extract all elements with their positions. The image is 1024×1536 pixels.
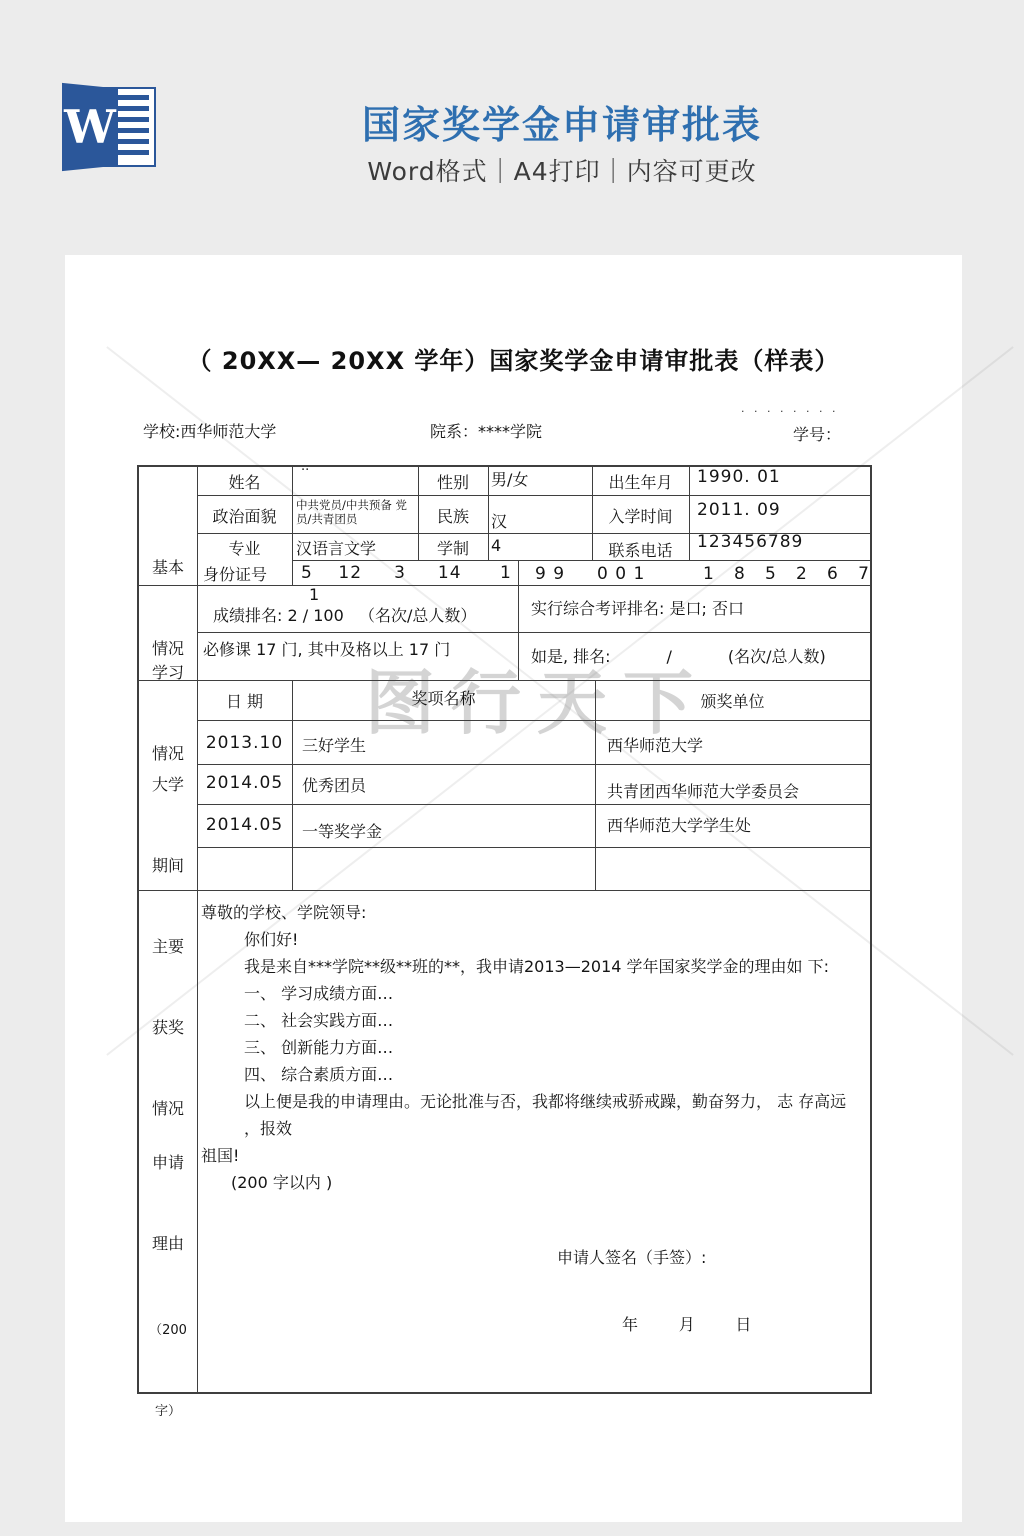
awards-header-name: 奖项名称 — [292, 686, 595, 709]
section-awards-line3: 主要 — [139, 933, 197, 960]
award-row-name: 一等奖学金 — [302, 819, 382, 842]
letter-line: 三、 创新能力方面… — [201, 1034, 861, 1061]
enroll-value: 2011. 09 — [697, 500, 781, 520]
date-line: 年 月 日 — [622, 1312, 751, 1335]
department-field: 院系：****学院 — [430, 419, 542, 442]
section-basic-line1: 基本 — [139, 554, 197, 581]
table-gridline — [292, 560, 870, 561]
ethnic-value: 汉 — [491, 509, 507, 532]
award-row-date: 2014.05 — [197, 815, 292, 835]
document-page: 图行天下 （ 20XX— 20XX 学年）国家奖学金申请审批表（样表） 学校:西… — [65, 255, 962, 1522]
table-gridline — [197, 847, 870, 848]
political-label: 政治面貌 — [197, 504, 292, 527]
award-row-org: 西华师范大学学生处 — [607, 813, 751, 836]
if-rank-line: 如是, 排名: / (名次/总人数) — [531, 644, 826, 667]
student-id-field: 学号： — [793, 422, 841, 445]
section-study-line1: 学习 — [139, 659, 197, 686]
id-card-digits-left: 5 12 3 14 1 — [301, 563, 512, 583]
section-awards-line4: 获奖 — [139, 1014, 197, 1041]
gender-value: 男/女 — [491, 467, 528, 490]
table-gridline — [197, 804, 870, 805]
major-value: 汉语言文学 — [296, 536, 376, 559]
student-id-dots: · · · · · · · · — [741, 405, 838, 418]
award-row-org: 共青团西华师范大学委员会 — [607, 779, 799, 802]
id-card-label: 身份证号 — [203, 562, 267, 585]
table-gridline — [292, 467, 293, 585]
section-application-line3: （200 — [139, 1317, 197, 1344]
section-awards-line1: 大学 — [139, 771, 197, 798]
table-gridline — [139, 890, 870, 891]
table-gridline — [197, 764, 870, 765]
award-row-date: 2014.05 — [197, 773, 292, 793]
length-label: 学制 — [418, 536, 488, 559]
word-logo-icon: W — [62, 80, 160, 174]
rank-line: 成绩排名: 2 / 100 （名次/总人数） — [213, 603, 476, 626]
gender-label: 性别 — [418, 470, 488, 493]
table-gridline — [518, 560, 519, 680]
ethnic-label: 民族 — [418, 504, 488, 527]
application-table: 基本 情况 姓名 ·· 性别 男/女 出生年月 1990. 01 政治面貌 中共… — [137, 465, 872, 1394]
award-row-date: 2013.10 — [197, 733, 292, 753]
word-logo-cover: W — [62, 80, 118, 174]
table-gridline — [197, 467, 198, 1392]
course-line: 必修课 17 门, 其中及格以上 17 门 — [203, 637, 450, 660]
awards-header-org: 颁奖单位 — [595, 689, 870, 712]
evaluation-line: 实行综合考评排名: 是口; 否口 — [531, 596, 744, 619]
section-application-line1: 申请 — [139, 1149, 197, 1176]
section-application: 申请 理由 （200 字） — [139, 1095, 197, 1479]
letter-line: 以上便是我的申请理由。无论批准与否，我都将继续戒骄戒躁，勤奋努力， 志 存高远 … — [201, 1088, 861, 1142]
letter-line: 四、 综合素质方面… — [201, 1061, 861, 1088]
table-gridline — [292, 680, 293, 890]
phone-label: 联系电话 — [592, 538, 689, 561]
award-row-name: 优秀团员 — [302, 773, 366, 796]
letter-line: 祖国! — [201, 1142, 861, 1169]
awards-header-date: 日 期 — [197, 689, 292, 712]
signature-line: 申请人签名（手签）: — [557, 1245, 706, 1268]
table-gridline — [139, 585, 870, 586]
letter-line: 二、 社会实践方面… — [201, 1007, 861, 1034]
name-label: 姓名 — [197, 470, 292, 493]
name-value: ·· — [301, 463, 309, 478]
letter-line: 我是来自***学院**级**班的**，我申请2013—2014 学年国家奖学金的… — [201, 953, 861, 980]
enroll-label: 入学时间 — [592, 504, 689, 527]
letter-line: 尊敬的学校、学院领导: — [201, 899, 861, 926]
letter-line: 你们好! — [201, 926, 861, 953]
rank-note: 1 — [309, 585, 319, 604]
section-awards-line2: 期间 — [139, 852, 197, 879]
application-letter: 尊敬的学校、学院领导: 你们好! 我是来自***学院**级**班的**，我申请2… — [201, 899, 861, 1196]
table-gridline — [197, 632, 870, 633]
id-card-digits-right: 9 9 0 0 1 1 8 5 2 6 7 — [535, 564, 870, 584]
birth-label: 出生年月 — [592, 470, 689, 493]
banner-subtitle: Word格式｜A4打印｜内容可更改 — [162, 152, 962, 188]
header-banner: W 国家奖学金申请审批表 Word格式｜A4打印｜内容可更改 — [0, 0, 1024, 255]
table-gridline — [689, 467, 690, 560]
political-value: 中共党员/中共预备 党员/共青团员 — [296, 498, 414, 526]
table-gridline — [488, 467, 489, 560]
word-logo-letter: W — [64, 100, 116, 154]
award-row-name: 三好学生 — [302, 733, 366, 756]
document-title: （ 20XX— 20XX 学年）国家奖学金申请审批表（样表） — [65, 341, 962, 376]
letter-line: 一、 学习成绩方面… — [201, 980, 861, 1007]
school-field: 学校:西华师范大学 — [143, 419, 276, 442]
section-application-line4: 字） — [139, 1398, 197, 1425]
length-value: 4 — [491, 536, 501, 555]
banner-title: 国家奖学金申请审批表 — [162, 94, 962, 149]
section-application-line2: 理由 — [139, 1230, 197, 1257]
birth-value: 1990. 01 — [697, 467, 781, 487]
major-label: 专业 — [197, 536, 292, 559]
letter-line: (200 字以内 ) — [201, 1169, 861, 1196]
phone-value: 123456789 — [697, 532, 803, 552]
table-gridline — [197, 495, 870, 496]
table-gridline — [139, 680, 870, 681]
table-gridline — [197, 720, 870, 721]
award-row-org: 西华师范大学 — [607, 733, 703, 756]
